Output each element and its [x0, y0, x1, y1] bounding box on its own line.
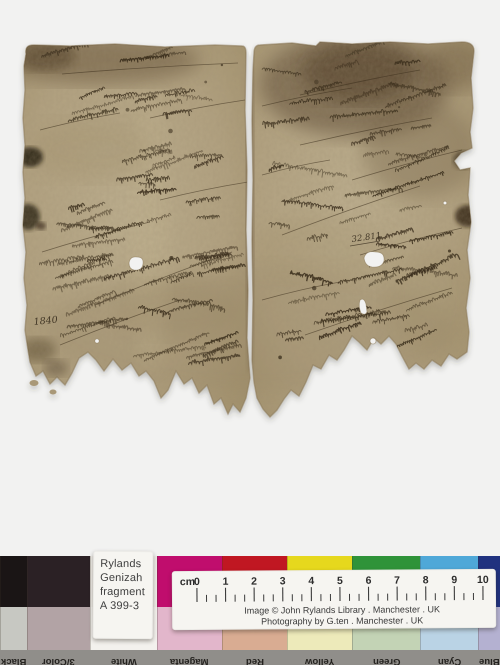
ruler-number: 7	[394, 575, 400, 587]
ruler-numbers: 012345678910	[194, 574, 489, 588]
hole	[95, 339, 99, 343]
reference-label-card: Rylands Genizah fragment A 399-3	[93, 551, 154, 639]
ruler-card: cm 012345678910 Image © John Rylands Lib…	[172, 569, 496, 630]
label-line: Genizah	[100, 571, 153, 585]
color-patch-black	[0, 607, 27, 650]
patch-name-label: Red	[246, 654, 264, 665]
detached-speck	[50, 390, 57, 395]
ruler-number: 0	[194, 576, 200, 588]
ruler-tick-marks	[197, 586, 483, 602]
patch-name-label: Green	[373, 654, 400, 665]
manuscript-fragment: 1840 32.811	[0, 0, 500, 545]
detached-speck	[30, 380, 39, 386]
stains	[0, 33, 487, 433]
ruler-number: 6	[366, 575, 372, 587]
color-patch-black	[0, 556, 27, 607]
patch-name-label: Cyan	[438, 654, 461, 665]
label-line: fragment	[100, 585, 153, 599]
hole	[364, 252, 384, 268]
patch-label-strip: Black3/ColorWhiteMagentaRedYellowGreenCy…	[0, 650, 500, 665]
hole	[443, 201, 447, 205]
ruler-unit-label: cm	[180, 576, 195, 588]
patch-name-label: White	[111, 654, 137, 665]
ruler-number: 1	[223, 576, 229, 588]
cm-ruler: cm 012345678910 Image © John Rylands Lib…	[172, 569, 496, 630]
hole	[370, 338, 376, 344]
ruler-number: 5	[337, 575, 343, 587]
ruler-number: 10	[477, 574, 489, 586]
color-patch-3-color	[27, 607, 90, 650]
ruler-number: 2	[251, 576, 257, 588]
label-line: Rylands	[100, 557, 153, 571]
credit-line-2: Photography by G.ten . Manchester . UK	[261, 615, 423, 626]
patch-name-label: Blue	[479, 654, 500, 665]
photograph-canvas: 1840 32.811 Black3/ColorWhiteMagentaRedY…	[0, 0, 500, 665]
label-line: A 399-3	[100, 599, 153, 613]
ruler-number: 4	[308, 575, 314, 587]
hole	[129, 257, 143, 270]
patch-name-label: Magenta	[170, 654, 209, 665]
ruler-number: 8	[423, 574, 429, 586]
patch-name-label: Yellow	[305, 654, 335, 665]
ruler-number: 3	[280, 575, 286, 587]
credit-line-1: Image © John Rylands Library . Mancheste…	[244, 604, 440, 615]
color-patch-3-color	[27, 556, 90, 607]
fold-gap	[246, 43, 253, 57]
patch-name-label: Black	[1, 654, 26, 665]
patch-name-label: 3/Color	[42, 654, 75, 665]
ruler-number: 9	[451, 574, 457, 586]
